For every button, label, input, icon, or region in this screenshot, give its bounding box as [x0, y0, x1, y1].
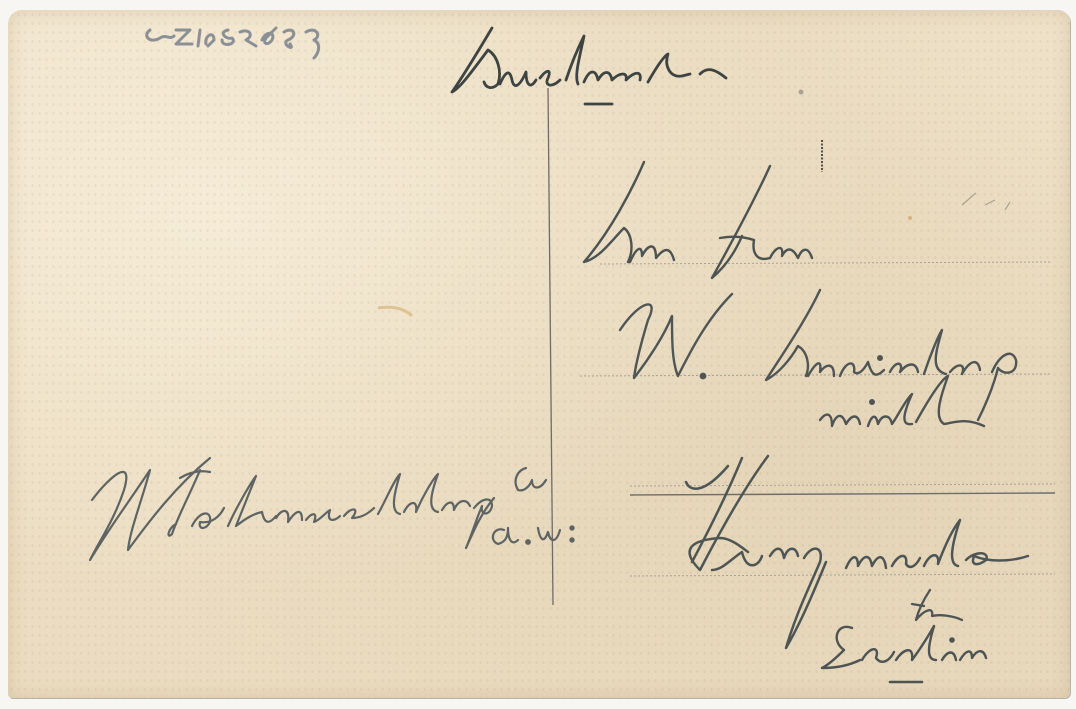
archive-number-pencil	[147, 28, 319, 58]
paper-stains	[378, 90, 1010, 317]
address-line-w-dusseldorp-script	[620, 290, 1016, 420]
address-line-winkel-script	[820, 376, 984, 426]
address-line-hoogmade-script	[686, 456, 1028, 648]
address-line-bij-script	[912, 590, 962, 620]
divider-line	[548, 88, 553, 605]
scan-background: 0212826989 Drukwerk Den Heer W. Dusseldo…	[0, 0, 1076, 709]
address-solid-line	[630, 493, 1055, 495]
sender-script	[90, 458, 574, 560]
address-line-den-heer-script	[584, 162, 812, 278]
address-line-leiden-script	[822, 626, 986, 682]
handwriting-layer	[0, 0, 1076, 709]
header-drukwerk-script	[452, 28, 726, 104]
